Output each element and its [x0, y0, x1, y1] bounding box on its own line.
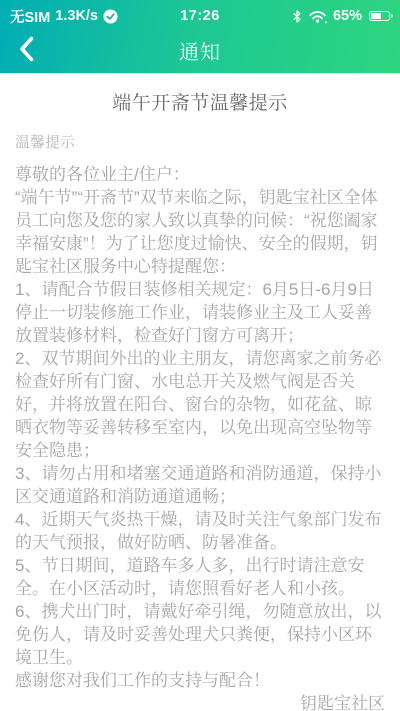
notice-signature: 钥匙宝社区 — [15, 692, 385, 711]
notice-item: 6、携犬出门时，请戴好牵引绳，勿随意放出，以免伤人，请及时妥善处理犬只粪便，保持… — [15, 600, 385, 669]
back-button[interactable] — [4, 28, 48, 73]
notice-thanks: 感谢您对我们工作的支持与配合！ — [15, 669, 385, 692]
notification-screen: 无SIM 1.3K/s 17:26 — [0, 0, 400, 711]
notice-item: 5、节日期间，道路车多人多，出行时请注意安全。在小区活动时，请您照看好老人和小孩… — [15, 554, 385, 600]
notice-title: 端午开斋节温馨提示 — [15, 88, 385, 115]
battery-icon — [369, 11, 390, 22]
battery-percent-label: 65% — [333, 8, 362, 24]
clock: 17:26 — [180, 8, 220, 24]
notice-greeting: 尊敬的各位业主/住户： — [15, 163, 385, 186]
page-title: 通知 — [179, 36, 221, 65]
top-gradient-bar: 无SIM 1.3K/s 17:26 — [0, 0, 400, 73]
battery-fill — [371, 13, 381, 20]
bluetooth-icon — [292, 9, 302, 24]
notice-intro: “端午节”“开斋节”双节来临之际，钥匙宝社区全体员工向您及您的家人致以真挚的问候… — [15, 186, 385, 278]
notice-content[interactable]: 端午开斋节温馨提示 温馨提示 尊敬的各位业主/住户： “端午节”“开斋节”双节来… — [0, 73, 400, 711]
chevron-left-icon — [19, 36, 34, 65]
notice-item: 4、近期天气炎热干燥，请及时关注气象部门发布的天气预报，做好防晒、防暑准备。 — [15, 508, 385, 554]
nav-bar: 通知 — [0, 28, 400, 73]
status-left: 无SIM 1.3K/s — [10, 6, 180, 27]
network-speed-label: 1.3K/s — [55, 8, 98, 24]
status-bar: 无SIM 1.3K/s 17:26 — [0, 0, 400, 28]
status-right: 65% — [220, 8, 390, 24]
carrier-label: 无SIM — [10, 6, 50, 27]
notice-body: 尊敬的各位业主/住户： “端午节”“开斋节”双节来临之际，钥匙宝社区全体员工向您… — [15, 163, 385, 711]
notice-subtitle: 温馨提示 — [15, 131, 385, 152]
notice-item: 3、请勿占用和堵塞交通道路和消防通道，保持小区交通道路和消防通道通畅； — [15, 462, 385, 508]
wifi-icon — [308, 9, 327, 24]
notice-item: 2、双节期间外出的业主朋友，请您离家之前务必检查好所有门窗、水电总开关及燃气阀是… — [15, 347, 385, 462]
check-circle-icon — [103, 9, 118, 24]
notice-item: 1、请配合节假日装修相关规定：6月5日-6月9日停止一切装修施工作业，请装修业主… — [15, 278, 385, 347]
battery-cap — [391, 14, 393, 18]
